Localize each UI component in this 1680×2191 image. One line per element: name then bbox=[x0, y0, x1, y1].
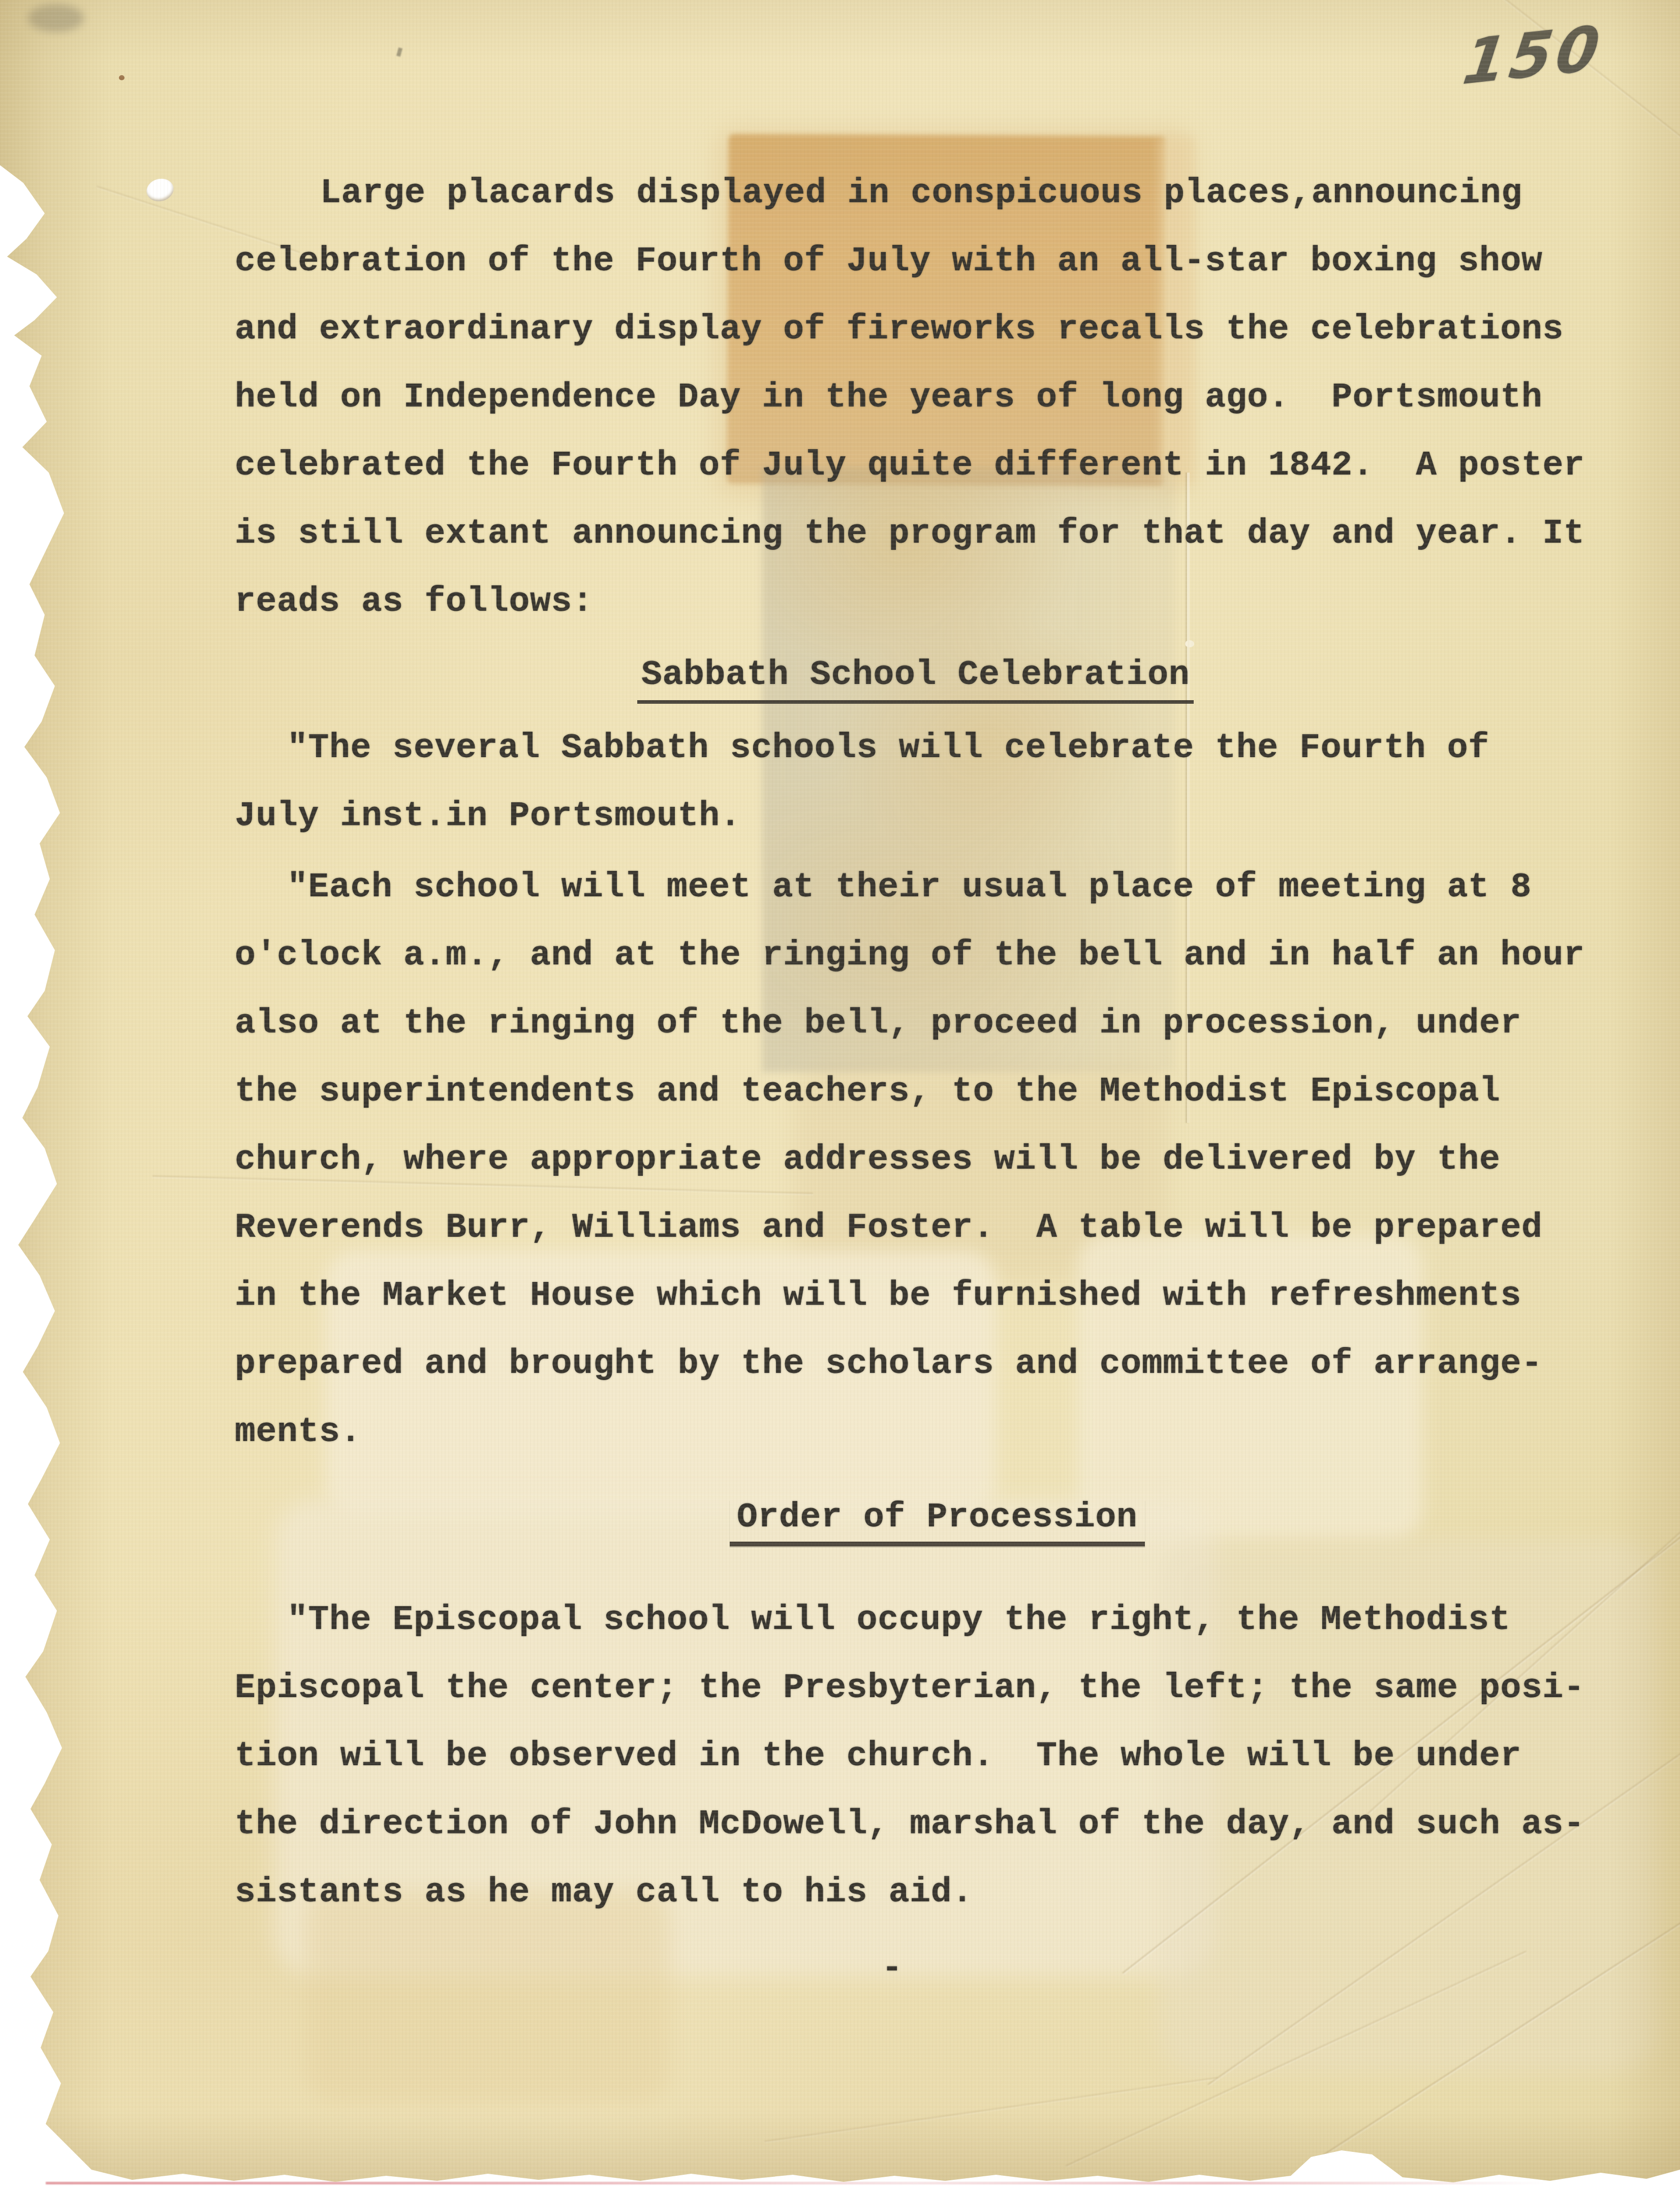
text-line: o'clock a.m., and at the ringing of the … bbox=[235, 938, 1584, 974]
section-heading-sabbath: Sabbath School Celebration bbox=[637, 658, 1194, 704]
typewritten-page: 150 Large placards displayed in conspicu… bbox=[0, 0, 1680, 2191]
white-fleck bbox=[1185, 640, 1194, 647]
text-line: the superintendents and teachers, to the… bbox=[235, 1074, 1500, 1110]
text-line: "Each school will meet at their usual pl… bbox=[287, 870, 1532, 905]
red-sheet-edge bbox=[46, 2182, 1545, 2184]
section-heading-order: Order of Procession bbox=[730, 1500, 1145, 1546]
text-line: the direction of John McDowell, marshal … bbox=[235, 1807, 1584, 1842]
wrinkle-line bbox=[1294, 1841, 1680, 2174]
text-line: sistants as he may call to his aid. bbox=[235, 1875, 973, 1911]
text-line: "The several Sabbath schools will celebr… bbox=[287, 731, 1489, 766]
text-line: and extraordinary display of fireworks r… bbox=[235, 312, 1564, 348]
brown-speck bbox=[119, 75, 125, 80]
page-bottom-dash: - bbox=[882, 1951, 903, 1987]
wrinkle-line bbox=[764, 2077, 1218, 2142]
text-line: also at the ringing of the bell, proceed… bbox=[235, 1006, 1521, 1042]
text-line: tion will be observed in the church. The… bbox=[235, 1739, 1521, 1774]
text-line: held on Independence Day in the years of… bbox=[235, 380, 1542, 416]
text-line: July inst.in Portsmouth. bbox=[235, 799, 741, 834]
text-line: church, where appropriate addresses will… bbox=[235, 1142, 1500, 1178]
smudge-mark bbox=[28, 4, 84, 32]
text-line: celebration of the Fourth of July with a… bbox=[235, 244, 1542, 279]
handwritten-page-number: 150 bbox=[1459, 12, 1608, 99]
text-line: reads as follows: bbox=[235, 584, 594, 620]
text-line: is still extant announcing the program f… bbox=[235, 516, 1584, 552]
text-line: prepared and brought by the scholars and… bbox=[235, 1347, 1542, 1382]
water-stain-middle bbox=[762, 467, 1175, 1072]
heading-underlined: Sabbath School Celebration bbox=[637, 658, 1194, 704]
text-line: Reverends Burr, Williams and Foster. A t… bbox=[235, 1210, 1542, 1246]
text-line: in the Market House which will be furnis… bbox=[235, 1278, 1521, 1314]
ink-speck bbox=[396, 47, 402, 56]
wrinkle-line bbox=[1065, 1951, 1527, 2167]
torn-hole bbox=[144, 176, 176, 204]
text-line: celebrated the Fourth of July quite diff… bbox=[235, 448, 1584, 484]
text-line: "The Episcopal school will occupy the ri… bbox=[287, 1603, 1510, 1638]
text-line: Large placards displayed in conspicuous … bbox=[320, 176, 1522, 211]
text-line: ments. bbox=[235, 1415, 361, 1450]
heading-underlined: Order of Procession bbox=[730, 1500, 1145, 1546]
tan-patch-bottom-left bbox=[305, 1890, 671, 2104]
text-line: Episcopal the center; the Presbyterian, … bbox=[235, 1671, 1584, 1706]
